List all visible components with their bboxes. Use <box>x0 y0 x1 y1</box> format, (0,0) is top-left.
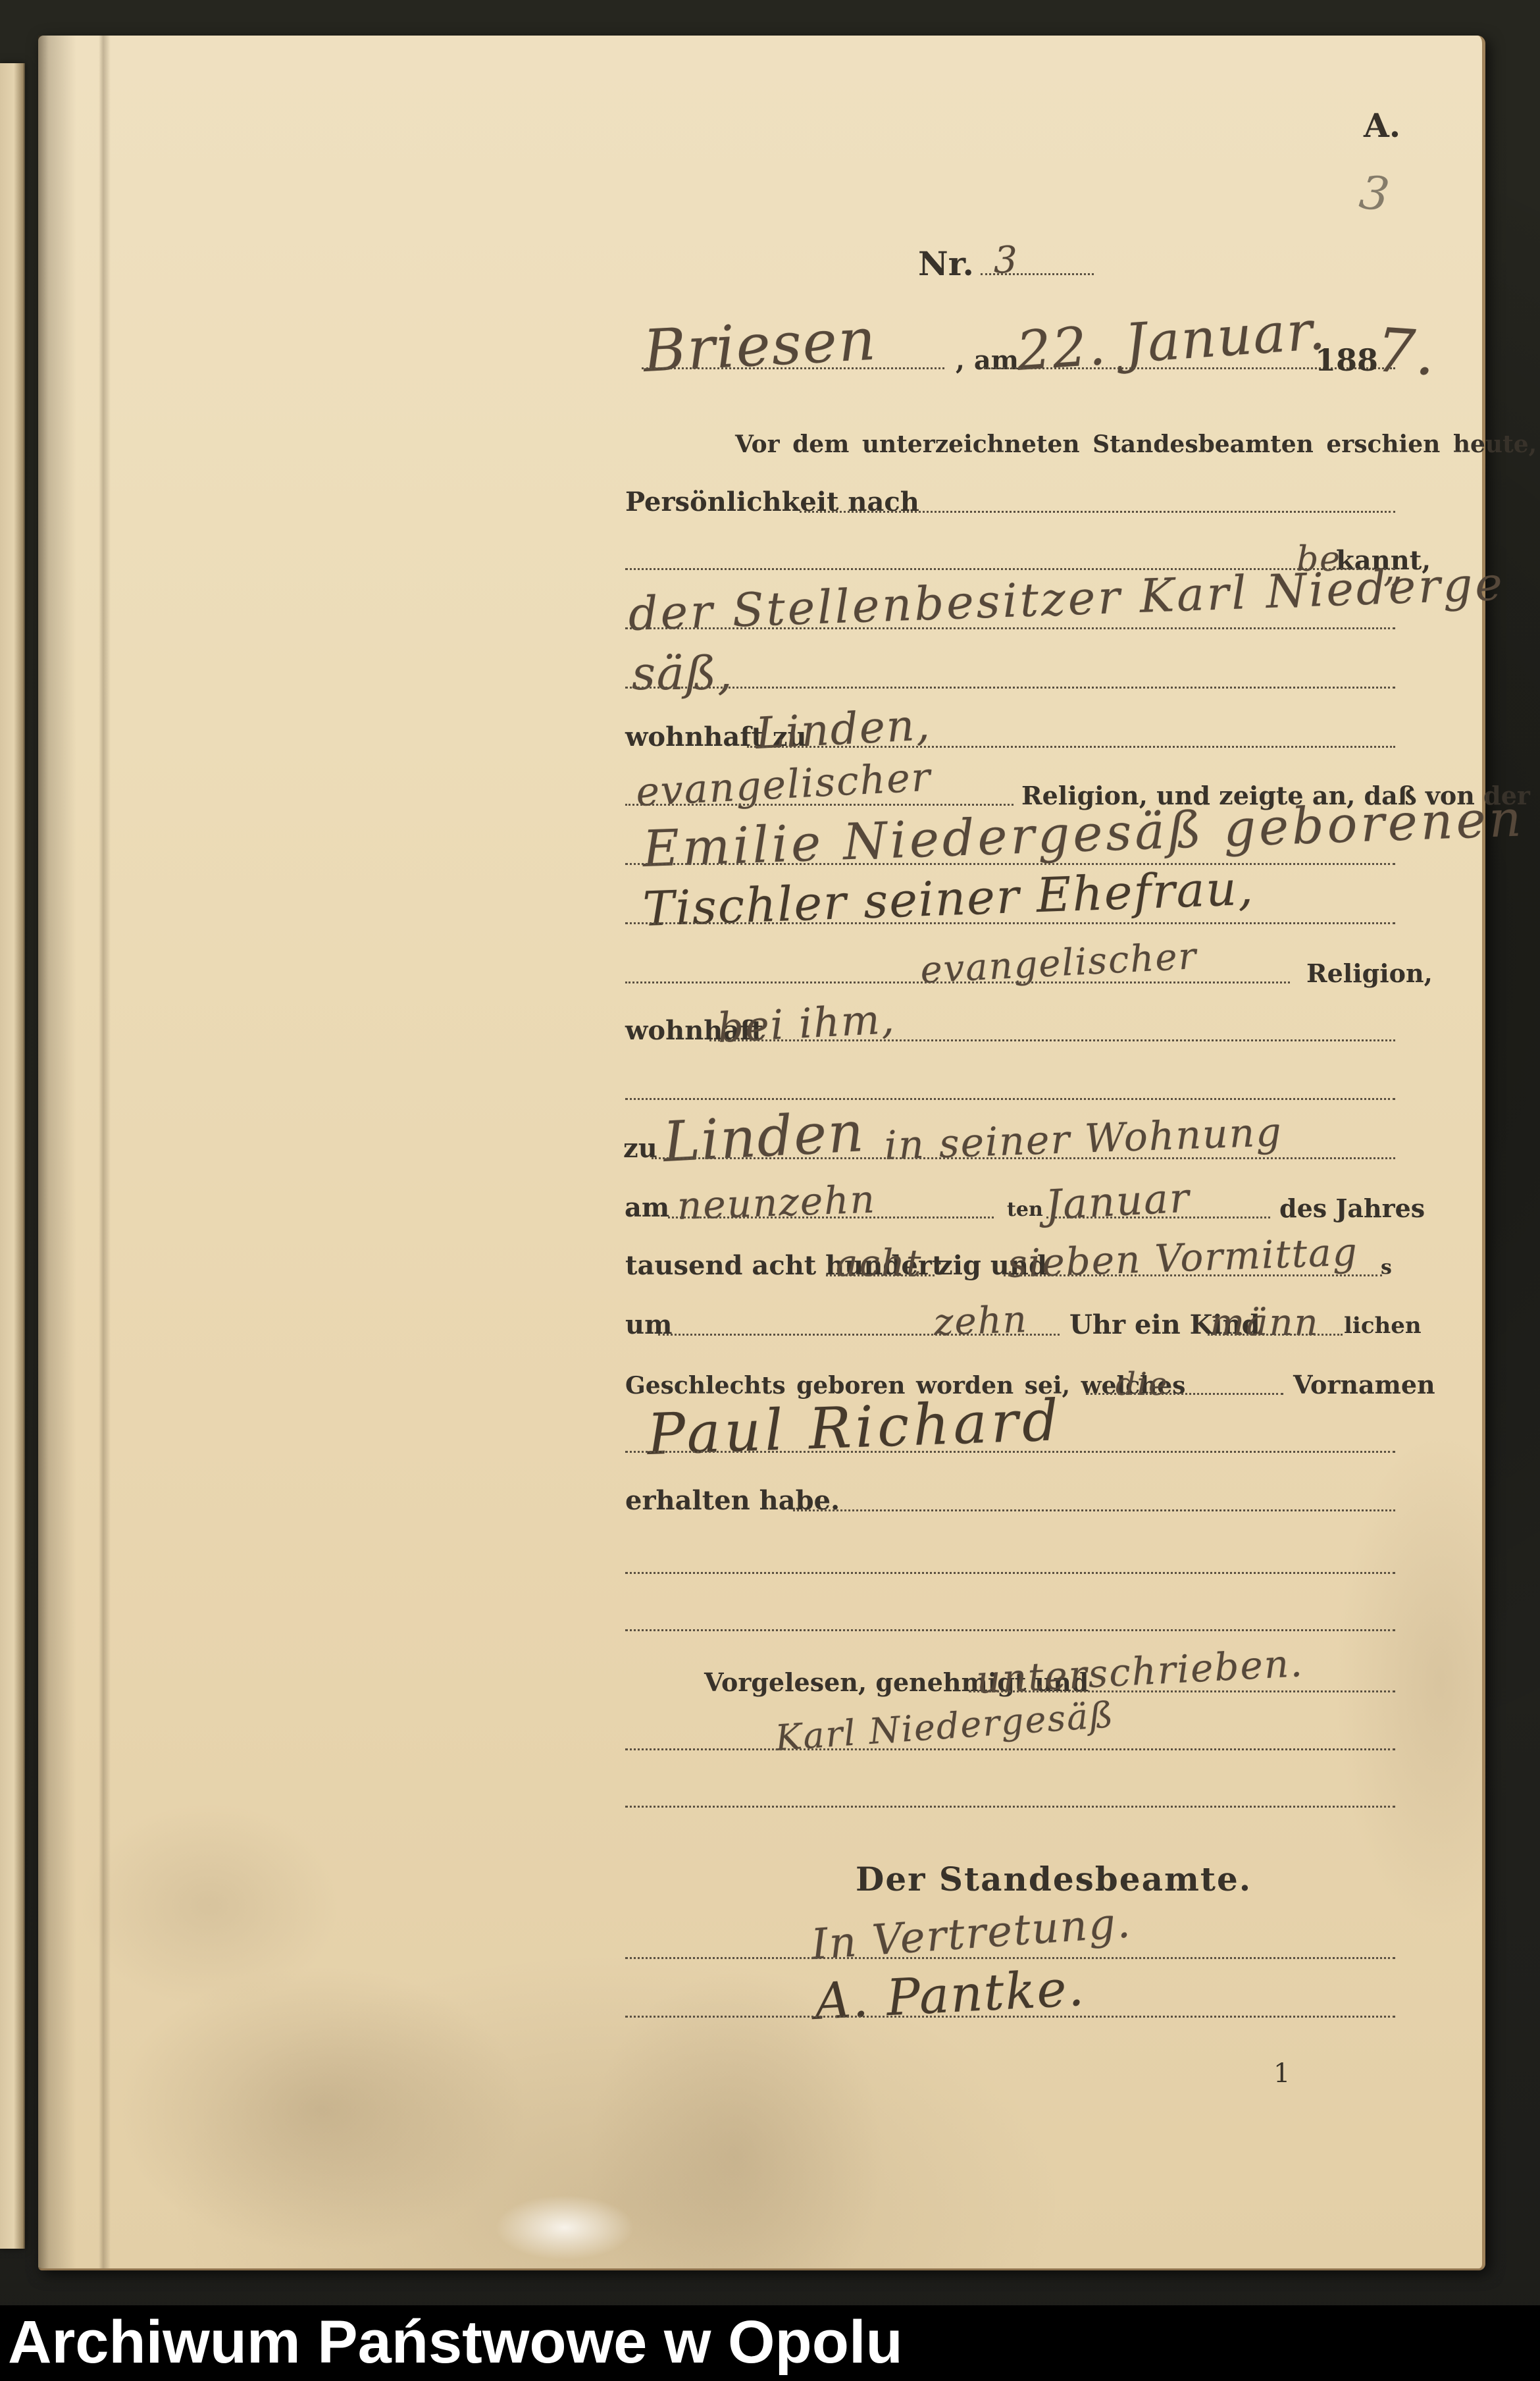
dotted-line <box>969 1690 1395 1692</box>
archive-watermark-text: Archiwum Państwowe w Opolu <box>8 2309 903 2375</box>
dotted-line <box>1004 1274 1382 1276</box>
dotted-line <box>625 2016 1395 2018</box>
page-number: 1 <box>1273 2060 1290 2087</box>
dotted-line <box>625 1572 1395 1574</box>
dotted-line <box>747 746 1395 748</box>
dotted-line <box>625 687 1395 689</box>
dotted-line <box>981 273 1094 275</box>
dotted-line <box>625 627 1395 629</box>
dotted-line <box>642 367 944 369</box>
unit-suffix: s <box>1381 1258 1392 1278</box>
archive-watermark-bar: Archiwum Państwowe w Opolu <box>0 2305 1540 2381</box>
dotted-line <box>1046 1217 1270 1218</box>
corner-letter: A. <box>1364 109 1400 142</box>
hour-value: zehn <box>933 1301 1029 1342</box>
birthday-label: am <box>625 1195 669 1221</box>
am-label: , am <box>956 348 1019 374</box>
adjacent-page-edge <box>0 63 25 2249</box>
dotted-line <box>625 981 1290 983</box>
dotted-line <box>800 511 1395 513</box>
year-printed: 188 <box>1315 345 1378 375</box>
birthplace-value: Linden <box>662 1104 866 1170</box>
dotted-line <box>625 922 1395 924</box>
dotted-line <box>668 1217 994 1218</box>
corner-number-pencil: 3 <box>1357 169 1393 219</box>
registrar-heading: Der Standesbeamte. <box>856 1863 1252 1896</box>
dotted-line <box>652 1157 1395 1159</box>
dotted-line <box>625 1957 1395 1959</box>
vornamen-label: Vornamen <box>1293 1373 1435 1398</box>
gender-value: männ <box>1210 1305 1320 1342</box>
dotted-line <box>1208 1334 1343 1336</box>
dotted-line <box>625 804 1014 806</box>
dotted-line <box>793 1509 1395 1511</box>
dotted-line <box>625 1629 1395 1631</box>
birthday-suffix: ten <box>1007 1200 1043 1220</box>
declarant-line2: säß, <box>632 650 734 696</box>
record-number-label: Nr. <box>918 248 974 280</box>
dotted-line <box>625 1451 1395 1453</box>
religion2-label: Religion, <box>1306 961 1433 986</box>
dotted-line <box>625 1098 1395 1100</box>
dotted-line <box>625 863 1395 865</box>
residence-value: Linden, <box>755 703 932 756</box>
place-value: Briesen <box>642 311 878 380</box>
gender-label: lichen <box>1344 1315 1422 1337</box>
decade-value: acht <box>836 1245 922 1282</box>
intro-text: Vor dem unterzeichneten Standesbeamten e… <box>735 432 1540 456</box>
year-written: 7. <box>1374 320 1439 384</box>
declarant-signature: Karl Niedergesäß <box>774 1697 1116 1756</box>
year-intro-label: des Jahres <box>1279 1196 1425 1221</box>
declarant-hyphen-mark: ” <box>1382 573 1404 612</box>
dotted-line <box>709 1039 1395 1041</box>
register-page: A. 3 Nr. 3 Briesen , am 22. Januar. 188 … <box>38 36 1485 2270</box>
binding-gutter-shadow <box>38 36 124 2268</box>
dotted-line <box>1086 1393 1283 1395</box>
article-value: die <box>1116 1369 1168 1400</box>
declarant-line1: der Stellenbesitzer Karl Niederge <box>628 561 1506 637</box>
dotted-line <box>625 1806 1395 1808</box>
dotted-line <box>625 1748 1395 1750</box>
dotted-line <box>826 1274 935 1276</box>
